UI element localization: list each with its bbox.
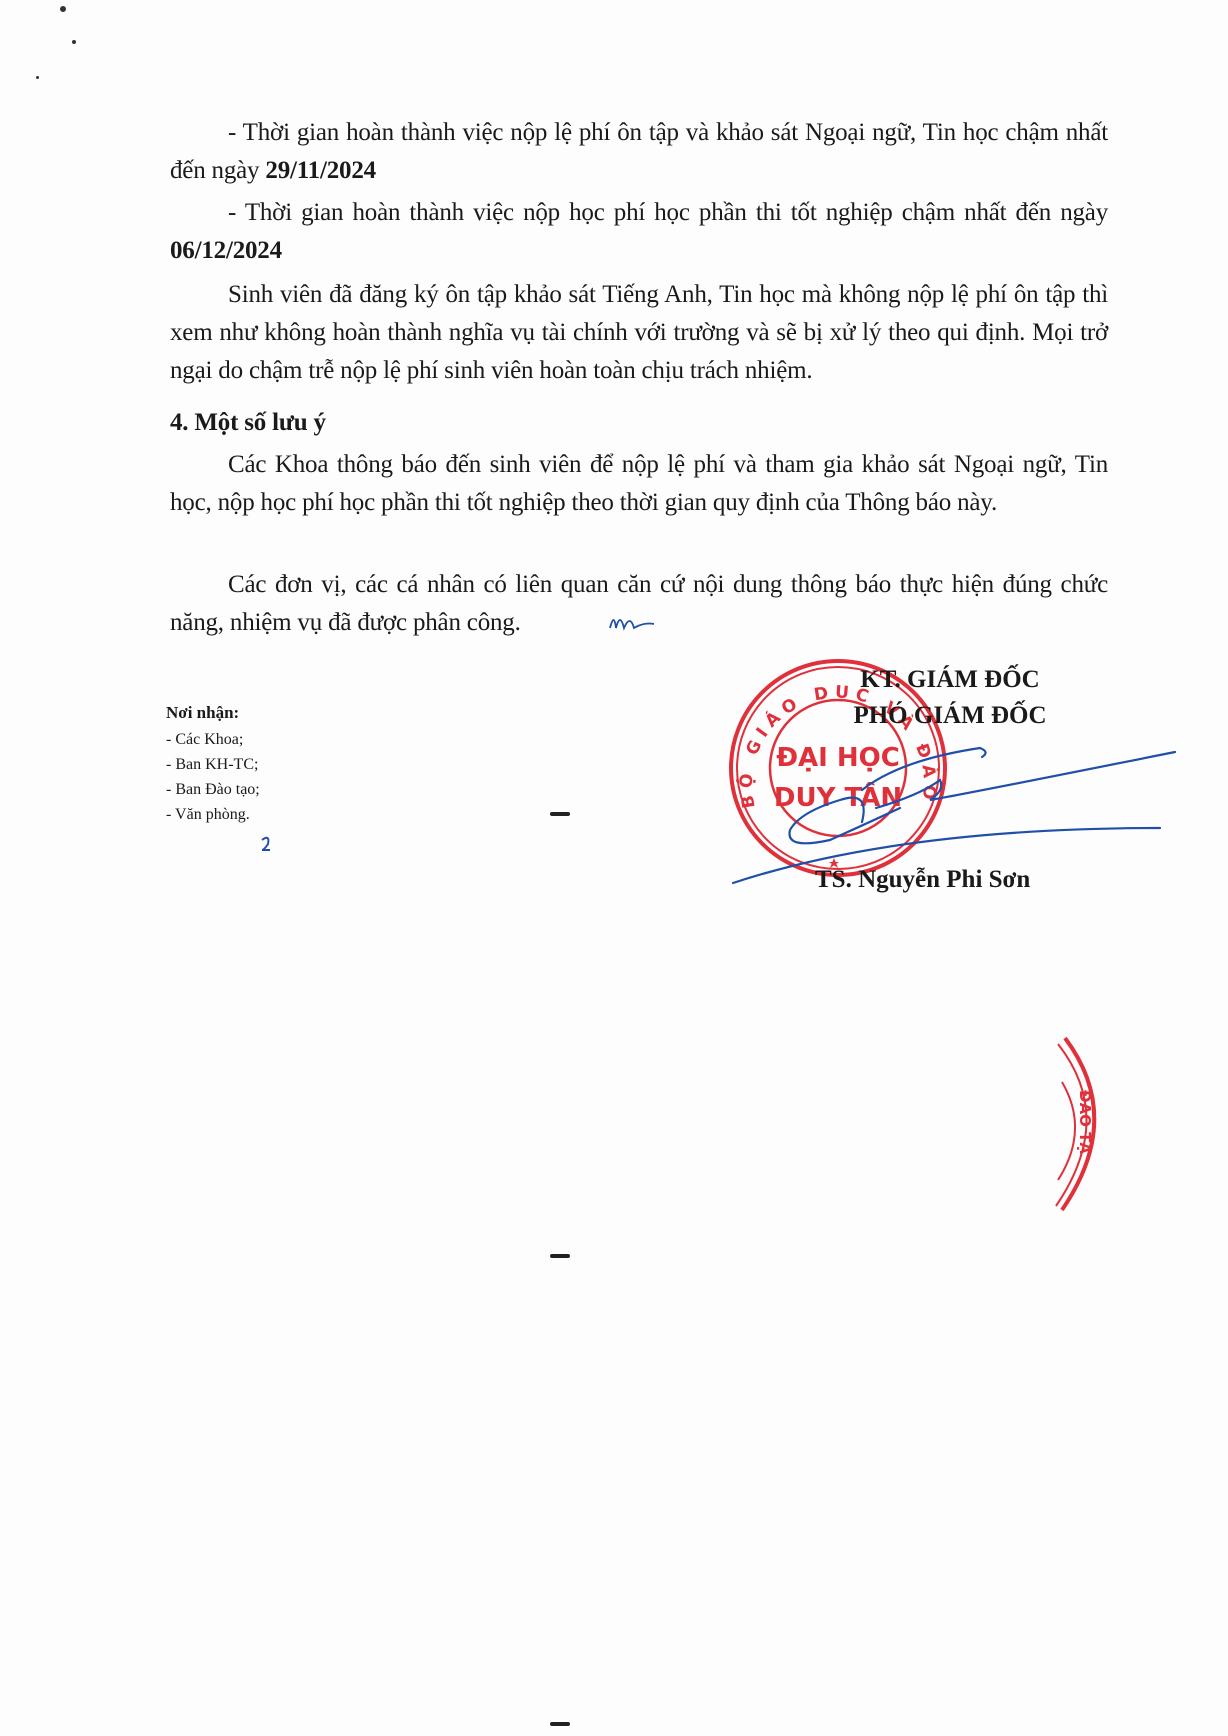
recipient-item: - Các Khoa; <box>166 727 260 752</box>
recipient-item: - Ban KH-TC; <box>166 752 260 777</box>
paragraph-deadline-foreign-language-it: - Thời gian hoàn thành việc nộp lệ phí ô… <box>170 114 1108 190</box>
page-mark <box>550 1254 570 1258</box>
paragraph-faculty-notification: Các Khoa thông báo đến sinh viên để nộp … <box>170 446 1108 522</box>
signature-title-block: KT. GIÁM ĐỐC PHÓ GIÁM ĐỐC <box>800 662 1100 734</box>
signature-title-line-1: KT. GIÁM ĐỐC <box>800 662 1100 698</box>
recipient-item: - Văn phòng. <box>166 802 260 827</box>
recipients-title: Nơi nhận: <box>166 700 260 725</box>
section-heading-notes: 4. Một số lưu ý <box>170 404 1108 442</box>
partial-stamp-edge <box>1056 1038 1094 1210</box>
page-mark <box>550 812 570 816</box>
paragraph-non-payment-consequence: Sinh viên đã đăng ký ôn tập khảo sát Tiế… <box>170 276 1108 390</box>
scan-artifact <box>60 6 66 12</box>
recipients-block: Nơi nhận: - Các Khoa; - Ban KH-TC; - Ban… <box>166 700 260 827</box>
scan-artifact <box>72 40 76 44</box>
paragraph-deadline-graduation-fee: - Thời gian hoàn thành việc nộp học phí … <box>170 194 1108 270</box>
scan-artifact <box>36 76 39 79</box>
handwritten-signature <box>733 748 1175 883</box>
partial-stamp-text: ĐÀO TẠ <box>1076 1090 1095 1154</box>
paragraph-units-responsibility: Các đơn vị, các cá nhân có liên quan căn… <box>170 566 1108 642</box>
stamp-center-line-2: DUY TÂN <box>774 781 902 813</box>
stamp-center-line-1: ĐẠI HỌC <box>776 743 900 773</box>
recipient-item: - Ban Đào tạo; <box>166 777 260 802</box>
page-mark <box>550 1722 570 1726</box>
deadline-date-1: 29/11/2024 <box>265 157 376 184</box>
signer-name: TS. Nguyễn Phi Sơn <box>815 866 1030 894</box>
deadline-date-2: 06/12/2024 <box>170 237 282 264</box>
document-page: - Thời gian hoàn thành việc nộp lệ phí ô… <box>0 0 1228 1736</box>
recipient-initial-mark <box>262 838 270 850</box>
signature-title-line-2: PHÓ GIÁM ĐỐC <box>800 698 1100 734</box>
